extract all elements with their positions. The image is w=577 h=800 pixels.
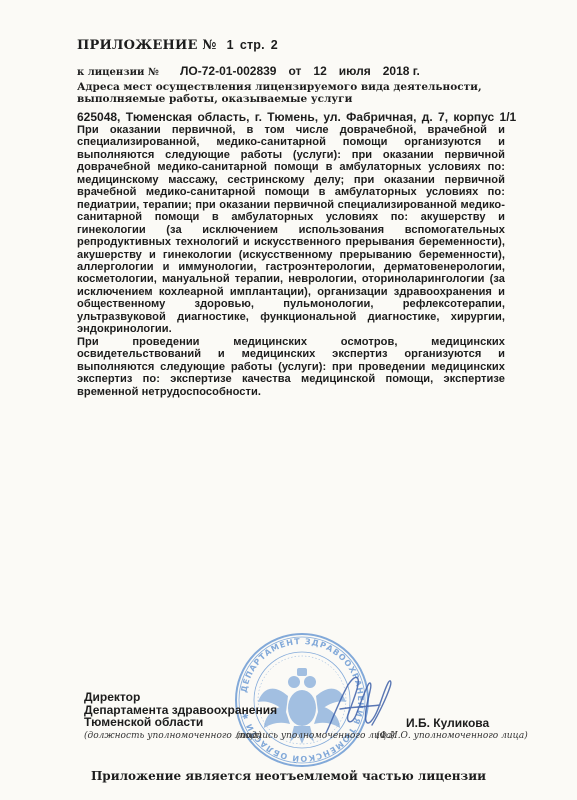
signatory-name: И.Б. Куликова xyxy=(406,716,489,730)
license-month: июля xyxy=(339,64,371,78)
caption-signature: (подпись уполномоченного лица) xyxy=(236,731,395,741)
license-year: 2018 г. xyxy=(383,64,420,78)
page-number: 2 xyxy=(271,38,278,52)
license-day: 12 xyxy=(313,64,326,78)
section-heading: Адреса мест осуществления лицензируемого… xyxy=(77,81,517,105)
services-paragraph-primary-care: При оказании первичной, в том числе довр… xyxy=(77,124,505,336)
page-label: стр. xyxy=(240,38,265,52)
position-line-3: Тюменской области xyxy=(84,716,277,729)
appendix-title-label: ПРИЛОЖЕНИЕ № xyxy=(77,38,217,53)
services-paragraph-examinations: При проведении медицинских осмотров, мед… xyxy=(77,336,505,398)
license-reference: к лицензии №ЛО-72-01-002839от12июля2018 … xyxy=(77,64,432,78)
caption-position: (должность уполномоченного лица) xyxy=(84,731,261,741)
caption-name: (Ф.И.О. уполномоченного лица) xyxy=(376,731,528,741)
signatory-position: Директор Департамента здравоохранения Тю… xyxy=(84,691,277,729)
license-from-label: от xyxy=(288,64,301,78)
activity-address: 625048, Тюменская область, г. Тюмень, ул… xyxy=(77,110,516,124)
footer-note: Приложение является неотъемлемой частью … xyxy=(0,769,577,783)
license-number: ЛО-72-01-002839 xyxy=(180,64,276,78)
position-line-1: Директор xyxy=(84,691,277,704)
services-text: При оказании первичной, в том числе довр… xyxy=(77,124,505,398)
license-label: к лицензии № xyxy=(77,67,180,78)
appendix-title: ПРИЛОЖЕНИЕ №1стр.2 xyxy=(77,38,284,53)
appendix-number: 1 xyxy=(227,38,234,52)
